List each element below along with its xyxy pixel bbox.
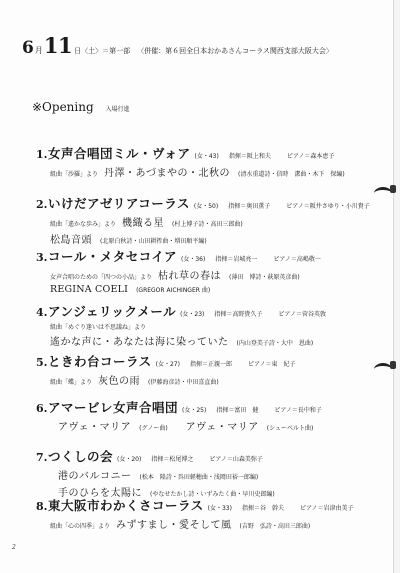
song-line: 組曲「心の四季」より みずすまし・愛そして風 (吉野 弘詩・高田三郎曲)	[50, 516, 354, 531]
song-title: みずすまし・愛そして風	[116, 516, 232, 531]
song-title: 港のバルコニー	[58, 467, 132, 482]
song-credit: (村上博子詩・高田三郎曲)	[172, 219, 243, 228]
pianist: ピアノ＝森本恵子	[287, 151, 335, 160]
choir-name: いけだアゼリアコーラス	[48, 194, 190, 212]
program-entry-2: 2. いけだアゼリアコーラス (女・50) 指揮＝奥田薫子 ピアノ＝阪井さゆり・…	[36, 194, 370, 246]
entry-number: 5.	[36, 356, 48, 369]
program-entry-3: 3. コール・メタセコイア (女・36) 指揮＝岩城亮一 ピアノ＝高嶋敬一 女声…	[36, 247, 321, 295]
song-title: 遙かな声に・あなたは海に染っていた	[50, 333, 229, 348]
song-line: 松島音頭 (北原白秋詩・山田耕筰曲・増田順平編)	[50, 231, 370, 246]
song-credit: (清水重道詩・信時 潔曲・木下 保編)	[238, 169, 345, 178]
program-entry-4: 4. アンジェリックメール (女・23) 指揮＝高野貴久子 ピアノ＝菅谷英敦 組…	[36, 302, 326, 348]
suite-label: 組曲「蝶」より	[50, 377, 92, 386]
opening-title: ※Opening	[32, 100, 94, 114]
entry-number: 4.	[36, 306, 48, 319]
entry-number: 7.	[36, 451, 48, 464]
choir-meta: (女・27)	[156, 359, 180, 368]
song-line: 遙かな声に・あなたは海に染っていた (内山登美子詩・大中 恩曲)	[50, 333, 326, 348]
song-credit: (北原白秋詩・山田耕筰曲・増田順平編)	[100, 236, 207, 245]
binding-clip-mark-bottom	[374, 361, 396, 373]
suite-label: 組曲「沙羅」より	[50, 169, 98, 178]
conductor: 指揮＝奥田薫子	[228, 201, 270, 210]
suite-label: 組曲「遙かな歩み」より	[50, 219, 116, 228]
choir-meta: (女・25)	[182, 405, 206, 414]
choir-name: 東大阪市わかくさコーラス	[48, 496, 204, 514]
choir-name: つくしの会	[48, 447, 113, 465]
song-credit: (GREGOR AICHINGER 曲)	[136, 285, 210, 294]
conductor: 指揮＝富田 健	[216, 405, 258, 414]
opening-subtitle: 入場行進	[106, 104, 130, 113]
choir-meta: (女・33)	[208, 503, 232, 512]
header-weekday-part: 日〈土〉＝第一部	[74, 46, 130, 56]
song-credit-2: (シューベルト曲)	[267, 423, 314, 432]
choir-meta: (女・36)	[181, 254, 205, 263]
pianist: ピアノ＝岩津由美子	[300, 503, 354, 512]
page-edge-line	[393, 0, 394, 573]
pianist: ピアノ＝長中和子	[274, 405, 322, 414]
conductor: 指揮＝高野貴久子	[214, 309, 262, 318]
suite-label: 女声合唱のための「四つの小品」より	[50, 272, 152, 281]
program-entry-5: 5. ときわ台コーラス (女・27) 指揮＝正親一郎 ピアノ＝東 紀子 組曲「蝶…	[36, 352, 296, 387]
date-header: 6 月 11 日〈土〉＝第一部 〈併催：第６回全日本おかあさんコーラス関西支部大…	[22, 33, 333, 58]
page-number: 2	[12, 544, 16, 551]
song-title: 機織る星	[122, 214, 164, 229]
header-month: 6	[22, 38, 34, 58]
choir-meta: (女・50)	[194, 201, 218, 210]
suite-label: 組曲「心の四季」より	[50, 521, 110, 530]
program-entry-1: 1. 女声合唱団ミル・ヴォア (女・43) 指揮＝阪上和夫 ピアノ＝森本恵子 組…	[36, 144, 345, 179]
pianist: ピアノ＝高嶋敬一	[273, 254, 321, 263]
pianist: ピアノ＝阪井さゆり・小川貴子	[286, 201, 370, 210]
choir-name: アンジェリックメール	[48, 302, 176, 320]
pianist: ピアノ＝菅谷英敦	[278, 309, 326, 318]
pianist: ピアノ＝山森美弥子	[209, 454, 263, 463]
header-day: 11	[44, 33, 72, 58]
conductor: 指揮＝谷 幹夫	[242, 503, 284, 512]
conductor: 指揮＝阪上和夫	[229, 151, 271, 160]
conductor: 指揮＝正親一郎	[190, 359, 232, 368]
program-page: 6 月 11 日〈土〉＝第一部 〈併催：第６回全日本おかあさんコーラス関西支部大…	[0, 0, 400, 573]
song-title: 丹澤・あづまやの・北秋の	[104, 164, 230, 179]
choir-name: コール・メタセコイア	[48, 247, 177, 265]
song-title: アヴェ・マリア	[58, 418, 131, 433]
song-title: 松島音頭	[50, 231, 92, 246]
program-entry-7: 7. つくしの会 (女・20) 指揮＝松尾博之 ピアノ＝山森美弥子 港のバルコニ…	[36, 447, 275, 499]
header-month-label: 月	[35, 45, 43, 56]
entry-number: 2.	[36, 198, 48, 211]
song-credit: (伊藤海彦詩・中田喜直曲)	[148, 377, 219, 386]
suite-label: 組曲「めぐり逢いは不思議ね」より	[50, 322, 146, 331]
song-line: 組曲「沙羅」より 丹澤・あづまやの・北秋の (清水重道詩・信時 潔曲・木下 保編…	[50, 164, 345, 179]
song-credit: (内山登美子詩・大中 恩曲)	[237, 338, 314, 347]
program-entry-6: 6. アマービレ女声合唱団 (女・25) 指揮＝富田 健 ピアノ＝長中和子 アヴ…	[36, 398, 322, 433]
program-entry-8: 8. 東大阪市わかくさコーラス (女・33) 指揮＝谷 幹夫 ピアノ＝岩津由美子…	[36, 496, 354, 531]
choir-name: 女声合唱団ミル・ヴォア	[48, 144, 191, 162]
song-line: REGINA COELI (GREGOR AICHINGER 曲)	[50, 284, 321, 295]
song-line: 組曲「遙かな歩み」より 機織る星 (村上博子詩・高田三郎曲)	[50, 214, 370, 229]
entry-number: 6.	[36, 402, 48, 415]
song-title: 枯れ草の春は	[158, 267, 221, 282]
conductor: 指揮＝岩城亮一	[215, 254, 257, 263]
conductor: 指揮＝松尾博之	[151, 454, 193, 463]
choir-meta: (女・23)	[180, 309, 204, 318]
song-credit: (松本 隆詩・呉田軽穂曲・浅岡田裕一郎編)	[140, 472, 259, 481]
opening-section: ※Opening 入場行進	[32, 100, 130, 114]
song-title: 灰色の雨	[98, 372, 140, 387]
header-sponsor: 〈併催：第６回全日本おかあさんコーラス関西支部大阪大会〉	[137, 46, 333, 56]
choir-meta: (女・43)	[195, 151, 219, 160]
song-line: 女声合唱のための「四つの小品」より 枯れ草の春は (薄田 博詩・萩原英彦曲)	[50, 267, 321, 282]
song-title-2: アヴェ・マリア	[186, 418, 259, 433]
song-line: アヴェ・マリア (グノー曲) アヴェ・マリア (シューベルト曲)	[58, 418, 322, 433]
choir-meta: (女・20)	[117, 454, 141, 463]
binding-clip-mark-top	[374, 185, 396, 197]
song-credit: (薄田 博詩・萩原英彦曲)	[229, 272, 300, 281]
song-title: REGINA COELI	[50, 284, 128, 295]
song-line: 組曲「めぐり逢いは不思議ね」より	[50, 322, 326, 331]
song-line: 組曲「蝶」より 灰色の雨 (伊藤海彦詩・中田喜直曲)	[50, 372, 296, 387]
page-edge-shade	[394, 0, 400, 573]
pianist: ピアノ＝東 紀子	[248, 359, 296, 368]
choir-name: ときわ台コーラス	[48, 352, 152, 370]
song-credit: (グノー曲)	[139, 423, 168, 432]
entry-number: 1.	[36, 148, 48, 161]
entry-number: 8.	[36, 500, 48, 513]
song-line: 港のバルコニー (松本 隆詩・呉田軽穂曲・浅岡田裕一郎編)	[58, 467, 275, 482]
choir-name: アマービレ女声合唱団	[48, 398, 178, 416]
entry-number: 3.	[36, 251, 48, 264]
song-credit: (吉野 弘詩・高田三郎曲)	[240, 521, 311, 530]
